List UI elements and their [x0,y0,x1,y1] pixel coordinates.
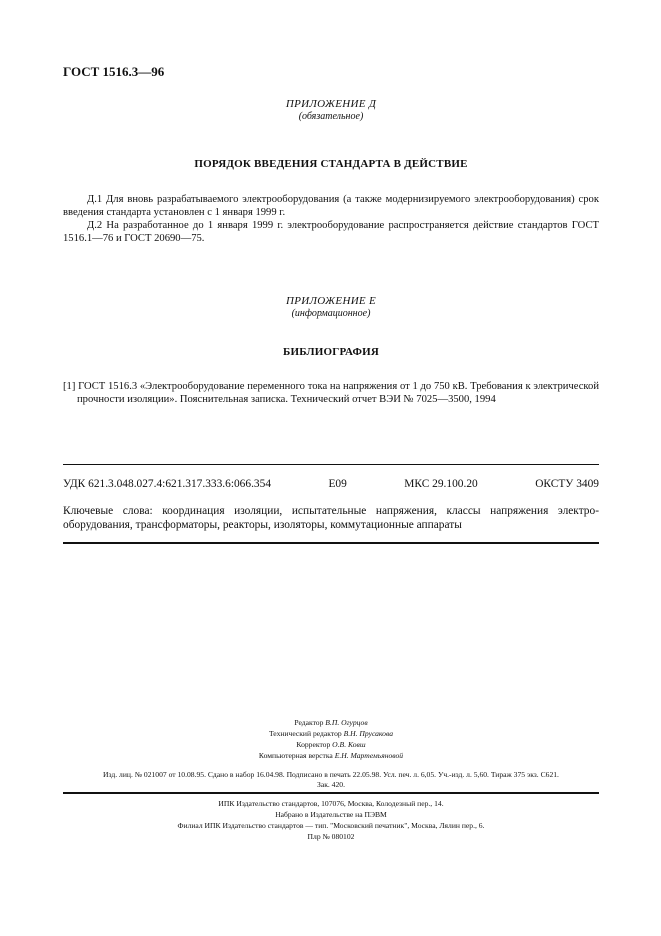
classification-row: УДК 621.3.048.027.4:621.317.333.6:066.35… [63,478,599,490]
imprint-line-1: Изд. лиц. № 021007 от 10.08.95. Сдано в … [63,770,599,780]
divider-top [63,464,599,465]
credit-name: В.П. Огурцов [325,718,367,727]
keywords: Ключевые слова: координация изоляции, ис… [63,504,599,532]
appendix-d-title: ПРИЛОЖЕНИЕ Д [63,98,599,110]
group-code: Е09 [328,478,346,490]
imprint: Изд. лиц. № 021007 от 10.08.95. Сдано в … [63,770,599,790]
bibliography-entry: [1] ГОСТ 1516.3 «Электрооборудование пер… [63,380,599,406]
publisher-line: Филиал ИПК Издательство стандартов — тип… [63,820,599,831]
appendix-e-subtitle: (информационное) [63,308,599,319]
okstu-code: ОКСТУ 3409 [535,478,599,490]
document-code: ГОСТ 1516.3—96 [63,64,164,80]
imprint-line-2: Зак. 420. [63,780,599,790]
credit-tech-editor: Технический редактор В.Н. Прусакова [63,728,599,739]
credit-role: Корректор [296,740,330,749]
credit-layout: Компьютерная верстка Е.Н. Мартемьяновой [63,750,599,761]
appendix-e-title: ПРИЛОЖЕНИЕ Е [63,295,599,307]
appendix-d-subtitle: (обязательное) [63,111,599,122]
publisher-line: Плр № 080102 [63,831,599,842]
publisher-line: Набрано в Издательстве на ПЭВМ [63,809,599,820]
mks-code: МКС 29.100.20 [404,478,477,490]
divider-bottom [63,792,599,794]
credit-proofreader: Корректор О.В. Ковш [63,739,599,750]
appendix-d-heading: ПОРЯДОК ВВЕДЕНИЯ СТАНДАРТА В ДЕЙСТВИЕ [63,158,599,170]
paragraph-d2: Д.2 На разработанное до 1 января 1999 г.… [63,219,599,245]
credit-role: Редактор [294,718,323,727]
divider-middle [63,542,599,544]
udk-code: УДК 621.3.048.027.4:621.317.333.6:066.35… [63,478,271,490]
appendix-e-heading: БИБЛИОГРАФИЯ [63,346,599,358]
publisher-line: ИПК Издательство стандартов, 107076, Мос… [63,798,599,809]
credits: Редактор В.П. Огурцов Технический редакт… [63,717,599,761]
paragraph-d1: Д.1 Для вновь разрабатываемого электрооб… [63,193,599,219]
appendix-d-body: Д.1 Для вновь разрабатываемого электрооб… [63,193,599,245]
credit-role: Технический редактор [269,729,342,738]
credit-role: Компьютерная верстка [259,751,333,760]
credit-name: О.В. Ковш [332,740,365,749]
credit-name: Е.Н. Мартемьяновой [335,751,403,760]
credit-editor: Редактор В.П. Огурцов [63,717,599,728]
publisher-info: ИПК Издательство стандартов, 107076, Мос… [63,798,599,842]
credit-name: В.Н. Прусакова [344,729,393,738]
